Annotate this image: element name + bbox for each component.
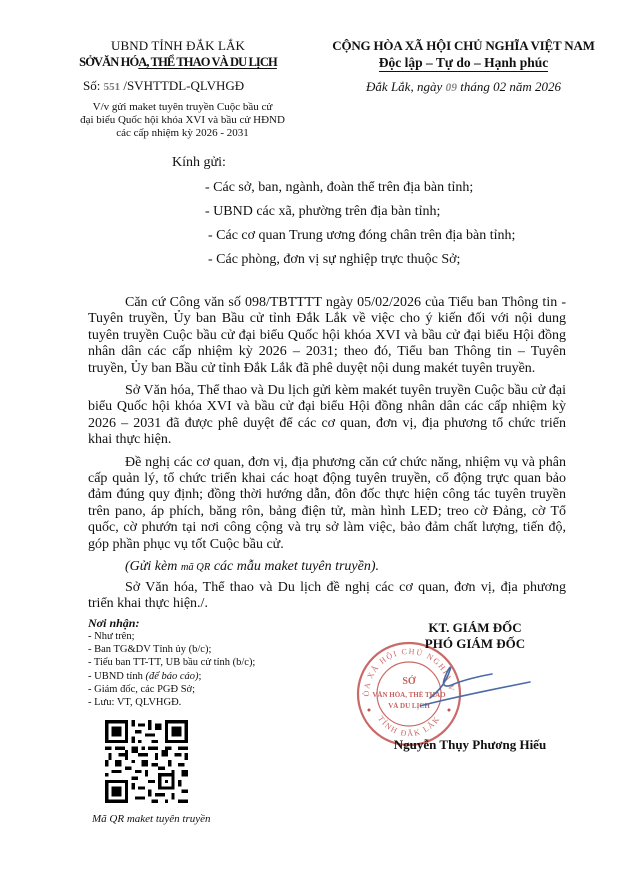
department-name: SỞVĂN HÓA, THỂ THAO VÀ DU LỊCH	[62, 54, 294, 70]
receiver-item: - Tiểu ban TT-TT, UB bầu cử tỉnh (b/c);	[88, 656, 338, 669]
body-paragraph: Đề nghị các cơ quan, đơn vị, địa phương …	[88, 455, 566, 553]
body-paragraph: Căn cứ Công văn số 098/TBTTTT ngày 05/02…	[88, 295, 566, 377]
salutation: Kính gửi:	[172, 154, 226, 172]
national-header: CỘNG HÒA XÃ HỘI CHỦ NGHĨA VIỆT NAM Độc l…	[326, 38, 601, 72]
nation-title: CỘNG HÒA XÃ HỘI CHỦ NGHĨA VIỆT NAM	[326, 38, 601, 54]
document-body: Căn cứ Công văn số 098/TBTTTT ngày 05/02…	[88, 295, 566, 618]
receiver-item: - Ban TG&DV Tỉnh ủy (b/c);	[88, 643, 338, 656]
receivers-list: Nơi nhận: - Như trên; - Ban TG&DV Tỉnh ủ…	[88, 616, 338, 709]
attachment-note: (Gửi kèm mã QR các mẫu maket tuyên truyề…	[88, 559, 566, 576]
recipient-item: - Các sở, ban, ngành, đoàn thể trên địa …	[205, 179, 473, 197]
signer-authority: KT. GIÁM ĐỐC	[380, 620, 570, 636]
document-date: Đắk Lắk, ngày 09 tháng 02 năm 2026	[326, 79, 601, 96]
receiver-item: - Như trên;	[88, 630, 338, 643]
qr-code-icon[interactable]	[105, 720, 188, 803]
recipient-item: - UBND các xã, phường trên địa bàn tỉnh;	[205, 203, 440, 221]
issuing-agency-block: UBND TỈNH ĐẮK LẮK SỞVĂN HÓA, THỂ THAO VÀ…	[62, 38, 294, 70]
receivers-title: Nơi nhận:	[88, 616, 338, 630]
document-number-value: 551	[104, 81, 121, 93]
receiver-item: - Giám đốc, các PGĐ Sở;	[88, 683, 338, 696]
handwritten-signature-icon	[420, 660, 580, 720]
signature-block: KT. GIÁM ĐỐC PHÓ GIÁM ĐỐC	[380, 620, 570, 652]
date-day: 09	[445, 82, 457, 94]
motto: Độc lập – Tự do – Hạnh phúc	[326, 54, 601, 72]
recipient-item: - Các cơ quan Trung ương đóng chân trên …	[208, 227, 515, 245]
qr-caption: Mã QR maket tuyên truyền	[92, 813, 211, 825]
recipient-item: - Các phòng, đơn vị sự nghiệp trực thuộc…	[208, 251, 460, 269]
closing-paragraph: Sở Văn hóa, Thể thao và Du lịch đề nghị …	[88, 580, 566, 613]
svg-text:SỞ: SỞ	[402, 675, 416, 687]
receiver-item: - UBND tỉnh (để báo cáo);	[88, 670, 338, 683]
agency-name: UBND TỈNH ĐẮK LẮK	[62, 38, 294, 54]
signer-title: PHÓ GIÁM ĐỐC	[380, 636, 570, 652]
document-number: Số: 551 /SVHTTDL-QLVHGĐ	[83, 78, 244, 95]
signer-name: Nguyễn Thụy Phương Hiếu	[360, 737, 580, 753]
subject: V/v gửi maket tuyên truyền Cuộc bầu cử đ…	[70, 101, 295, 140]
receiver-item: - Lưu: VT, QLVHGĐ.	[88, 696, 338, 709]
body-paragraph: Sở Văn hóa, Thể thao và Du lịch gửi kèm …	[88, 383, 566, 449]
